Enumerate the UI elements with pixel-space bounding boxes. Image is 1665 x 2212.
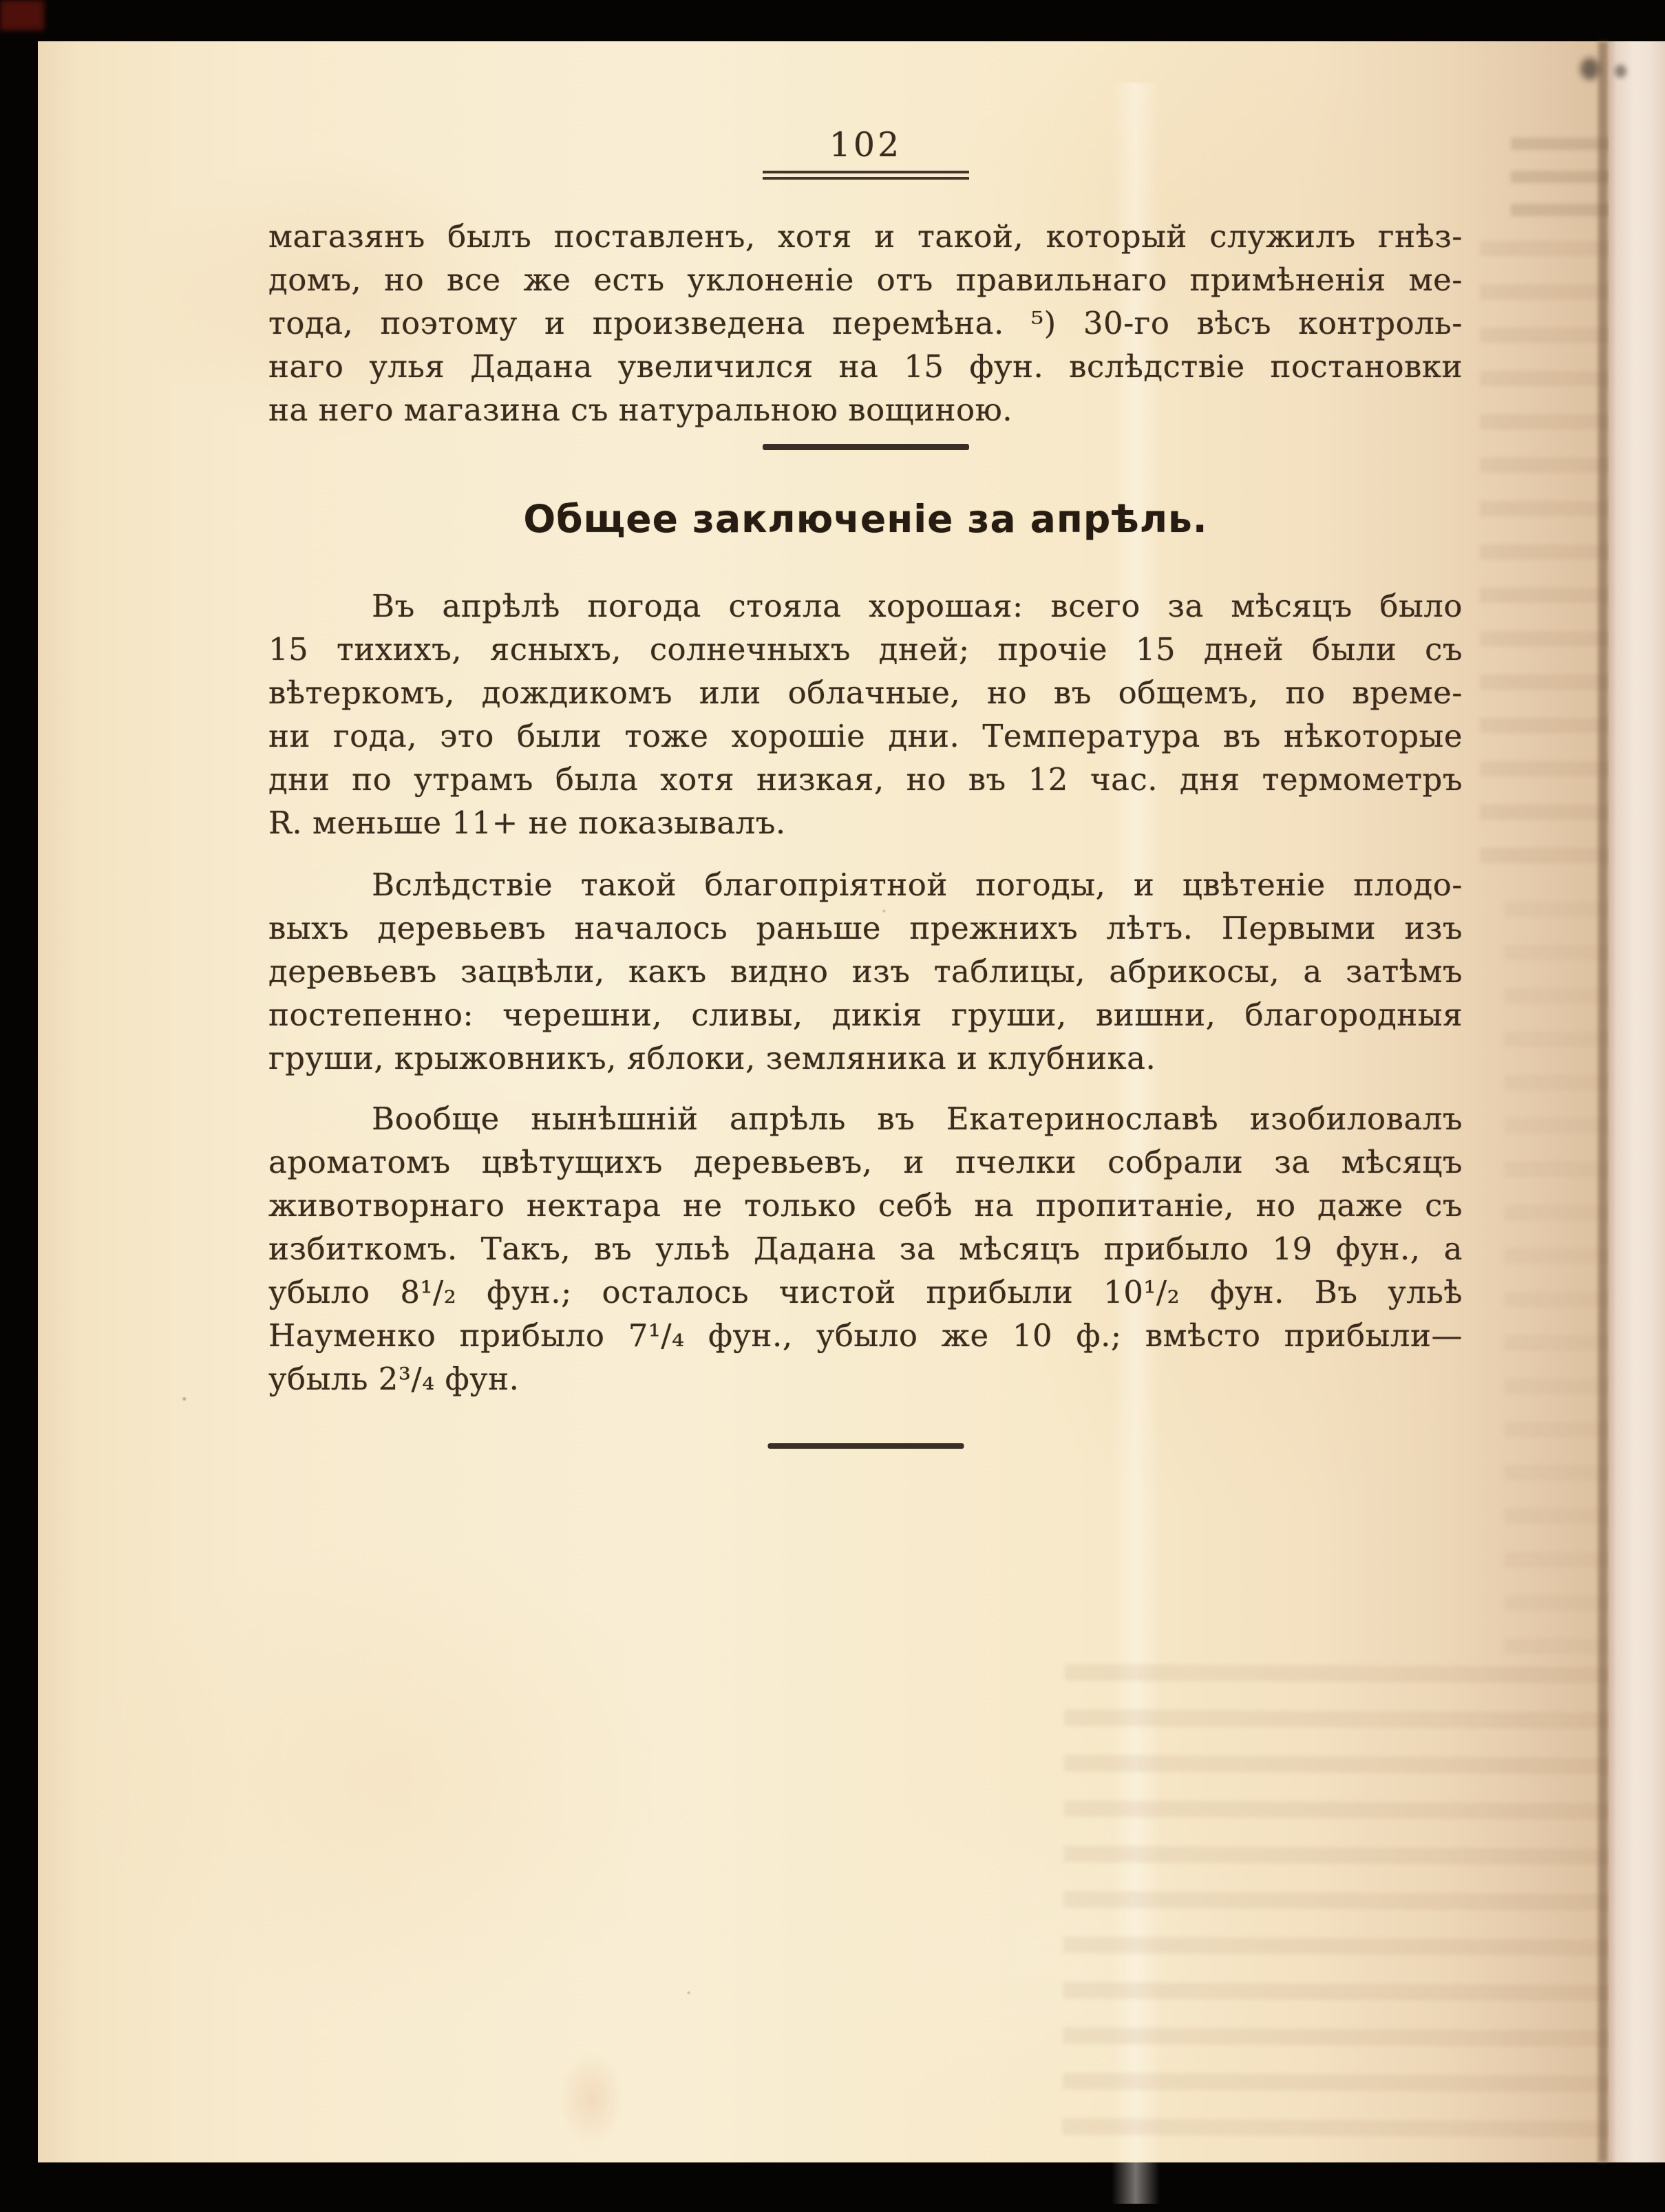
text-line: наго улья Дадана увеличился на 15 фун. в… — [268, 345, 1463, 388]
paragraph: Въ апрѣлѣ погода стояла хорошая: всего з… — [268, 584, 1463, 844]
page-number-rule — [763, 171, 969, 180]
text-line: Вообще нынѣшній апрѣль въ Екатеринославѣ… — [268, 1097, 1463, 1140]
text-line: убыль 2³/₄ фун. — [268, 1357, 1463, 1401]
text-line: тода, поэтому и произведена перемѣна. ⁵)… — [268, 301, 1463, 345]
paragraph-continuation: магазянъ былъ поставленъ, хотя и такой, … — [268, 215, 1463, 432]
text-line: постепенно: черешни, сливы, дикія груши,… — [268, 993, 1463, 1036]
text-line: убыло 8¹/₂ фун.; осталось чистой прибыли… — [268, 1270, 1463, 1314]
text-line: Вслѣдствіе такой благопріятной погоды, и… — [268, 863, 1463, 906]
text-line: груши, крыжовникъ, яблоки, земляника и к… — [268, 1036, 1463, 1080]
text-line: животворнаго нектара не только себѣ на п… — [268, 1184, 1463, 1227]
text-line: дни по утрамъ была хотя низкая, но въ 12… — [268, 758, 1463, 801]
text-line: вѣтеркомъ, дождикомъ или облачные, но въ… — [268, 671, 1463, 714]
book-gutter-shadow — [1598, 41, 1608, 2162]
end-divider-rule — [767, 1443, 964, 1449]
page-number: 102 — [268, 125, 1463, 164]
book-page-scan: 102 магазянъ былъ поставленъ, хотя и так… — [0, 0, 1665, 2212]
text-line: 15 тихихъ, ясныхъ, солнечныхъ дней; проч… — [268, 628, 1463, 671]
text-line: R. меньше 11+ не показывалъ. — [268, 801, 1463, 844]
text-line: избиткомъ. Такъ, въ ульѣ Дадана за мѣсяц… — [268, 1227, 1463, 1270]
text-line: выхъ деревьевъ началось раньше прежнихъ … — [268, 906, 1463, 950]
page-content: 102 магазянъ былъ поставленъ, хотя и так… — [268, 0, 1463, 2212]
text-line: деревьевъ зацвѣли, какъ видно изъ таблиц… — [268, 950, 1463, 993]
text-line: Въ апрѣлѣ погода стояла хорошая: всего з… — [268, 584, 1463, 628]
text-line: ни года, это были тоже хорошіе дни. Темп… — [268, 714, 1463, 758]
section-heading: Общее заключеніе за апрѣль. — [268, 498, 1463, 540]
ink-spot — [1580, 58, 1600, 80]
scan-corner-artifact — [0, 0, 44, 30]
text-line: домъ, но все же есть уклоненіе отъ прави… — [268, 258, 1463, 301]
text-line: на него магазина съ натуральною вощиною. — [268, 388, 1463, 432]
adjacent-page-edge — [1609, 41, 1665, 2162]
paragraph: Вообще нынѣшній апрѣль въ Екатеринославѣ… — [268, 1097, 1463, 1401]
paragraph: Вслѣдствіе такой благопріятной погоды, и… — [268, 863, 1463, 1080]
text-line: магазянъ былъ поставленъ, хотя и такой, … — [268, 215, 1463, 258]
ink-spot — [1615, 65, 1626, 78]
section-divider-rule — [763, 444, 969, 450]
text-line: ароматомъ цвѣтущихъ деревьевъ, и пчелки … — [268, 1140, 1463, 1184]
text-line: Науменко прибыло 7¹/₄ фун., убыло же 10 … — [268, 1314, 1463, 1357]
